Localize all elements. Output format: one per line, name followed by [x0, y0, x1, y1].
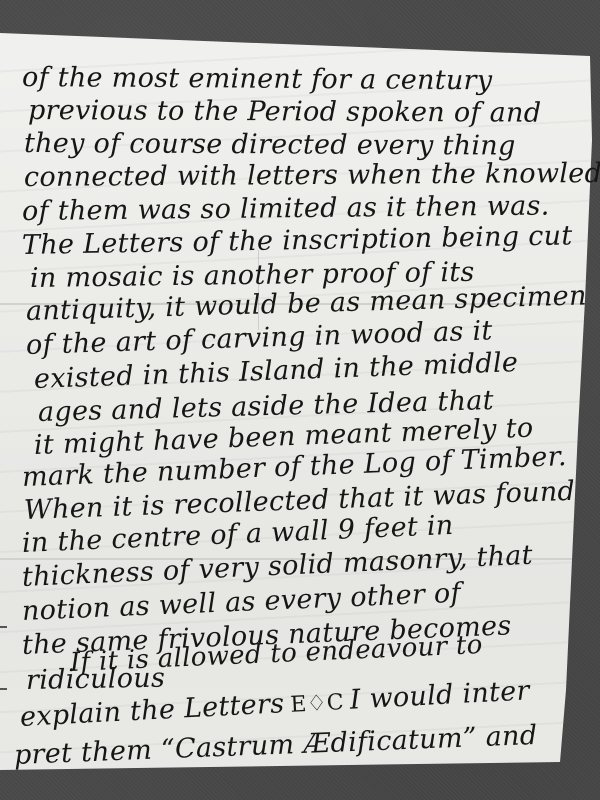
- text-line-4: connected with letters when the knowledg: [24, 158, 600, 193]
- text-line-1: of the most eminent for a century: [22, 62, 493, 96]
- text-line-3: they of course directed every thing: [24, 128, 516, 162]
- text-line-6: The Letters of the inscription being cut: [22, 220, 573, 261]
- handwritten-text-block: of the most eminent for a century previo…: [0, 0, 600, 800]
- margin-mark: [0, 688, 7, 690]
- e-square-c-symbol: E♢C: [290, 690, 345, 718]
- text-line-2: previous to the Period spoken of and: [28, 95, 541, 129]
- margin-mark: [0, 626, 7, 628]
- text-line-21-end: I would inter: [349, 675, 531, 715]
